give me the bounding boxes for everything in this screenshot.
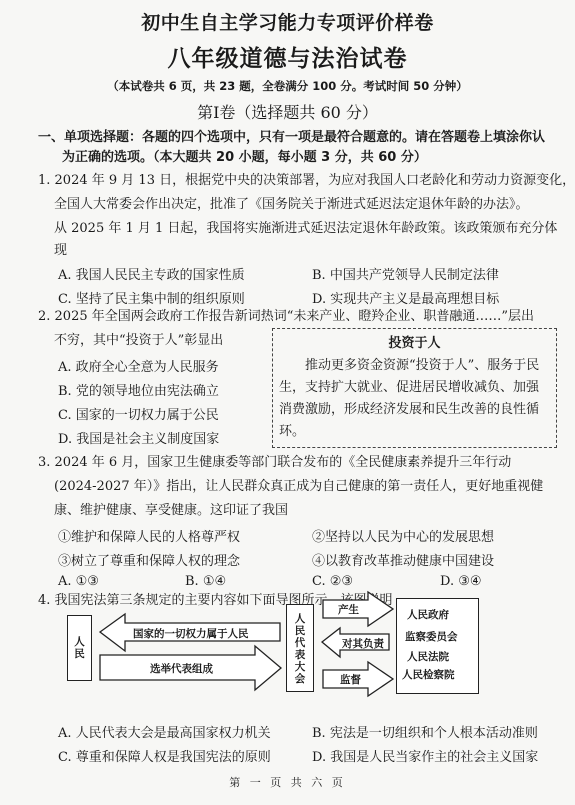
arrow-label-produce: 产生 bbox=[338, 602, 359, 617]
arrow-label-supervise: 监督 bbox=[340, 672, 361, 687]
state-organs-box: 人民政府 监察委员会 人民法院 人民检察院 bbox=[396, 598, 479, 694]
organ-court: 人民法院 bbox=[407, 649, 449, 664]
page-footer: 第 一 页 共 六 页 bbox=[0, 774, 575, 790]
organ-procuratorate: 人民检察院 bbox=[402, 667, 455, 682]
organ-government: 人民政府 bbox=[407, 607, 449, 622]
option-d[interactable]: D. 我国是人民当家作主的社会主义国家 bbox=[312, 746, 538, 765]
people-label: 人民 bbox=[74, 616, 86, 660]
arrow-label-responsible: 对其负责 bbox=[342, 636, 384, 651]
option-a[interactable]: A. 人民代表大会是最高国家权力机关 bbox=[58, 722, 271, 741]
congress-label: 人民代表大会 bbox=[294, 605, 306, 685]
congress-box: 人民代表大会 bbox=[286, 604, 314, 692]
people-box: 人民 bbox=[67, 615, 92, 681]
organ-supervision: 监察委员会 bbox=[405, 629, 458, 644]
option-c[interactable]: C. 尊重和保障人权是我国宪法的原则 bbox=[58, 746, 271, 765]
option-b[interactable]: B. 宪法是一切组织和个人根本活动准则 bbox=[312, 722, 538, 741]
arrow-label-power: 国家的一切权力属于人民 bbox=[133, 626, 249, 641]
arrow-label-elect: 选举代表组成 bbox=[150, 661, 213, 676]
